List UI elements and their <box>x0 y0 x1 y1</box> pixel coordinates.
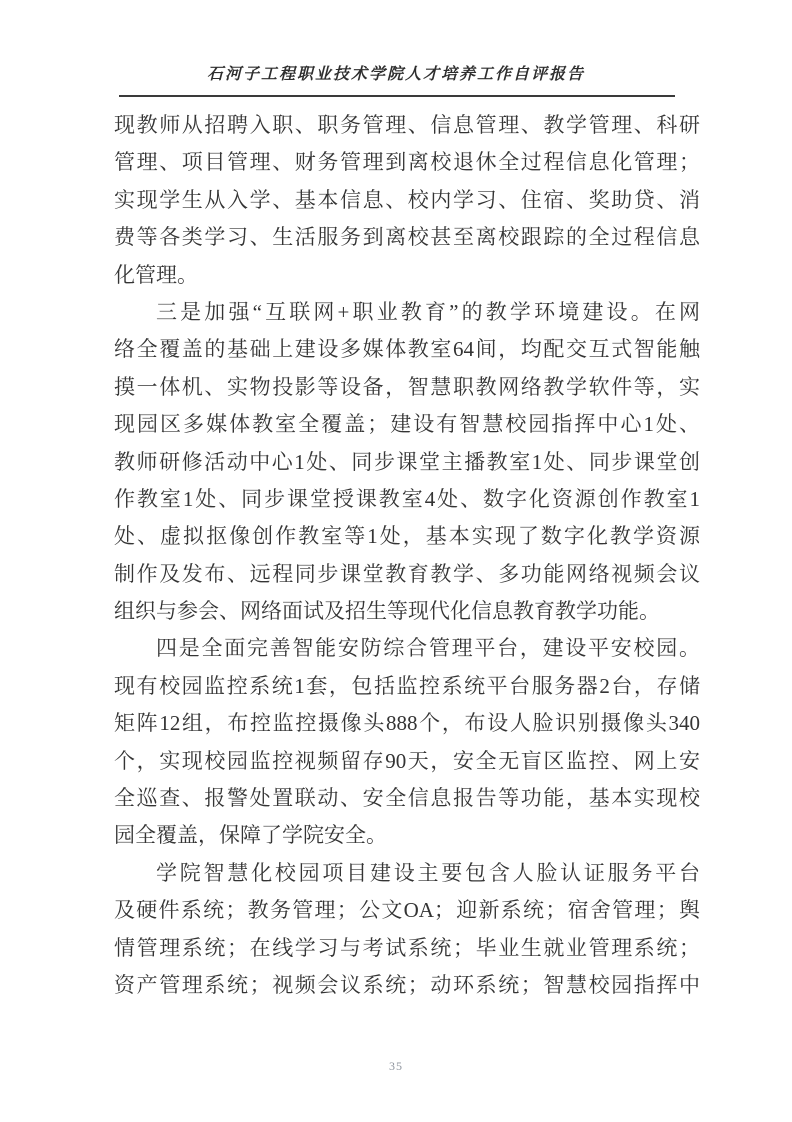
header-title: 石河子工程职业技术学院人才培养工作自评报告 <box>0 61 792 84</box>
text-line: 实现学生从入学、基本信息、校内学习、住宿、奖助贷、消 <box>114 182 700 219</box>
text-line: 费等各类学习、生活服务到离校甚至离校跟踪的全过程信息 <box>114 219 700 256</box>
page-number: 35 <box>389 1059 403 1073</box>
text-line: 园全覆盖，保障了学院安全。 <box>114 817 700 854</box>
text-line: 学院智慧化校园项目建设主要包含人脸认证服务平台 <box>114 855 700 892</box>
text-line: 资产管理系统；视频会议系统；动环系统；智慧校园指挥中 <box>114 967 700 1004</box>
text-line: 个，实现校园监控视频留存90天，安全无盲区监控、网上安 <box>114 743 700 780</box>
text-line: 三是加强“互联网+职业教育”的教学环境建设。在网 <box>114 294 700 331</box>
text-line: 现教师从招聘入职、职务管理、信息管理、教学管理、科研 <box>114 107 700 144</box>
text-line: 管理、项目管理、财务管理到离校退休全过程信息化管理； <box>114 144 700 181</box>
document-page: 石河子工程职业技术学院人才培养工作自评报告 现教师从招聘入职、职务管理、信息管理… <box>0 0 792 1122</box>
header-rule <box>119 95 675 97</box>
text-line: 摸一体机、实物投影等设备，智慧职教网络教学软件等，实 <box>114 369 700 406</box>
text-line: 情管理系统；在线学习与考试系统；毕业生就业管理系统； <box>114 930 700 967</box>
text-line: 组织与参会、网络面试及招生等现代化信息教育教学功能。 <box>114 593 700 630</box>
text-line: 四是全面完善智能安防综合管理平台，建设平安校园。 <box>114 630 700 667</box>
text-line: 作教室1处、同步课堂授课教室4处、数字化资源创作教室1 <box>114 481 700 518</box>
text-line: 教师研修活动中心1处、同步课堂主播教室1处、同步课堂创 <box>114 444 700 481</box>
text-line: 及硬件系统；教务管理；公文OA；迎新系统；宿舍管理；舆 <box>114 892 700 929</box>
text-line: 络全覆盖的基础上建设多媒体教室64间，均配交互式智能触 <box>114 331 700 368</box>
text-line: 处、虚拟抠像创作教室等1处，基本实现了数字化教学资源 <box>114 518 700 555</box>
text-line: 化管理。 <box>114 257 700 294</box>
page-footer: 35 <box>0 1057 792 1075</box>
text-line: 现园区多媒体教室全覆盖；建设有智慧校园指挥中心1处、 <box>114 406 700 443</box>
text-line: 现有校园监控系统1套，包括监控系统平台服务器2台，存储 <box>114 668 700 705</box>
document-body: 现教师从招聘入职、职务管理、信息管理、教学管理、科研管理、项目管理、财务管理到离… <box>114 107 700 1004</box>
text-line: 制作及发布、远程同步课堂教育教学、多功能网络视频会议 <box>114 556 700 593</box>
text-line: 全巡查、报警处置联动、安全信息报告等功能，基本实现校 <box>114 780 700 817</box>
text-line: 矩阵12组，布控监控摄像头888个，布设人脸识别摄像头340 <box>114 705 700 742</box>
